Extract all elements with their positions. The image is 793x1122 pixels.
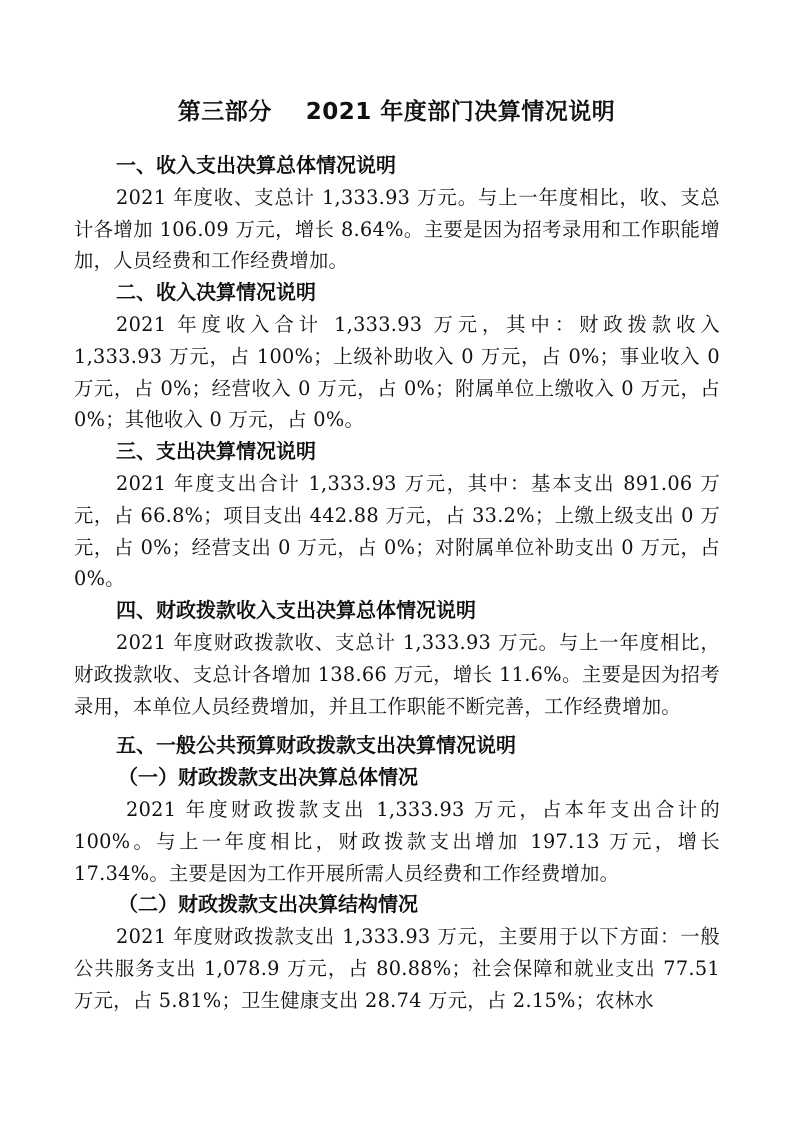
section-heading-3: 三、支出决算情况说明 (74, 436, 720, 468)
section-spacer (74, 722, 720, 730)
section-heading-2: 二、收入决算情况说明 (74, 277, 720, 309)
section-heading-4: 四、财政拨款收入支出决算总体情况说明 (74, 595, 720, 627)
section-heading-5: 五、一般公共预算财政拨款支出决算情况说明 (74, 730, 720, 762)
section-paragraph-2: 2021 年度收入合计 1,333.93 万元，其中：财政拨款收入 1,333.… (74, 309, 720, 436)
section-paragraph-3: 2021 年度支出合计 1,333.93 万元，其中：基本支出 891.06 万… (74, 468, 720, 595)
subsection-heading-5-2: （二）财政拨款支出决算结构情况 (74, 889, 720, 921)
page-title: 第三部分 2021 年度部门决算情况说明 (0, 95, 793, 129)
subsection-paragraph-5-2: 2021 年度财政拨款支出 1,333.93 万元，主要用于以下方面：一般公共服… (74, 921, 720, 1016)
section-paragraph-1: 2021 年度收、支总计 1,333.93 万元。与上一年度相比，收、支总计各增… (74, 182, 720, 277)
section-paragraph-4: 2021 年度财政拨款收、支总计 1,333.93 万元。与上一年度相比，财政拨… (74, 627, 720, 722)
document-page: 第三部分 2021 年度部门决算情况说明 一、收入支出决算总体情况说明 2021… (0, 0, 793, 1122)
document-body: 一、收入支出决算总体情况说明 2021 年度收、支总计 1,333.93 万元。… (74, 150, 720, 1017)
subsection-paragraph-5-1: 2021 年度财政拨款支出 1,333.93 万元，占本年支出合计的 100%。… (74, 794, 720, 889)
subsection-heading-5-1: （一）财政拨款支出决算总体情况 (74, 762, 720, 794)
section-heading-1: 一、收入支出决算总体情况说明 (74, 150, 720, 182)
